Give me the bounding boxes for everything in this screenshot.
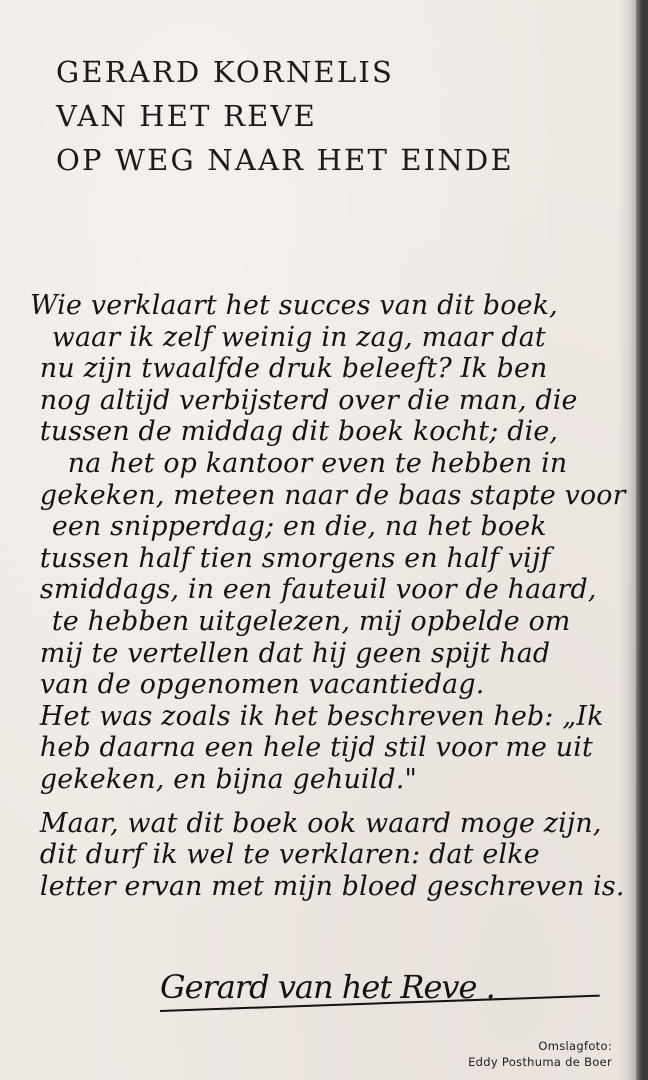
letter-line: na het op kantoor even te hebben in	[30, 448, 626, 480]
letter-line: letter ervan met mijn bloed geschreven i…	[30, 871, 626, 903]
letter-line: nu zijn twaalfde druk beleeft? Ik ben	[30, 353, 626, 385]
signature-block: Gerard van het Reve .	[160, 968, 600, 1028]
author-surname: VAN HET REVE	[56, 94, 514, 138]
letter-line: waar ik zelf weinig in zag, maar dat	[30, 322, 626, 354]
book-title: OP WEG NAAR HET EINDE	[56, 138, 514, 182]
letter-line: gekeken, en bijna gehuild."	[30, 764, 626, 796]
letter-line: tussen half tien smorgens en half vijf	[30, 543, 626, 575]
letter-line: Het was zoals ik het beschreven heb: „Ik	[30, 701, 626, 733]
letter-line: tussen de middag dit boek kocht; die,	[30, 416, 626, 448]
letter-line: smiddags, in een fauteuil voor de haard,	[30, 574, 626, 606]
book-back-cover: GERARD KORNELIS VAN HET REVE OP WEG NAAR…	[0, 0, 642, 1080]
letter-line: van de opgenomen vacantiedag.	[30, 669, 626, 701]
letter-line: nog altijd verbijsterd over die man, die	[30, 385, 626, 417]
letter-line: te hebben uitgelezen, mij opbelde om	[30, 606, 626, 638]
photo-credit-label: Omslagfoto:	[468, 1038, 612, 1054]
author-first-names: GERARD KORNELIS	[56, 50, 514, 94]
book-edge	[636, 0, 642, 1080]
letter-line: Maar, wat dit boek ook waard moge zijn,	[30, 808, 626, 840]
letter-line: Wie verklaart het succes van dit boek,	[30, 290, 626, 322]
cover-title-block: GERARD KORNELIS VAN HET REVE OP WEG NAAR…	[56, 50, 514, 182]
letter-line: heb daarna een hele tijd stil voor me ui…	[30, 732, 626, 764]
letter-line: mij te vertellen dat hij geen spijt had	[30, 638, 626, 670]
letter-line: gekeken, meteen naar de baas stapte voor	[30, 480, 626, 512]
letter-line: dit durf ik wel te verklaren: dat elke	[30, 839, 626, 871]
letter-line: een snipperdag; en die, na het boek	[30, 511, 626, 543]
handwritten-letter: Wie verklaart het succes van dit boek, w…	[30, 290, 630, 902]
page-edge-shadow	[618, 0, 636, 1080]
photo-credit: Omslagfoto: Eddy Posthuma de Boer	[468, 1038, 612, 1070]
photo-credit-name: Eddy Posthuma de Boer	[468, 1054, 612, 1070]
